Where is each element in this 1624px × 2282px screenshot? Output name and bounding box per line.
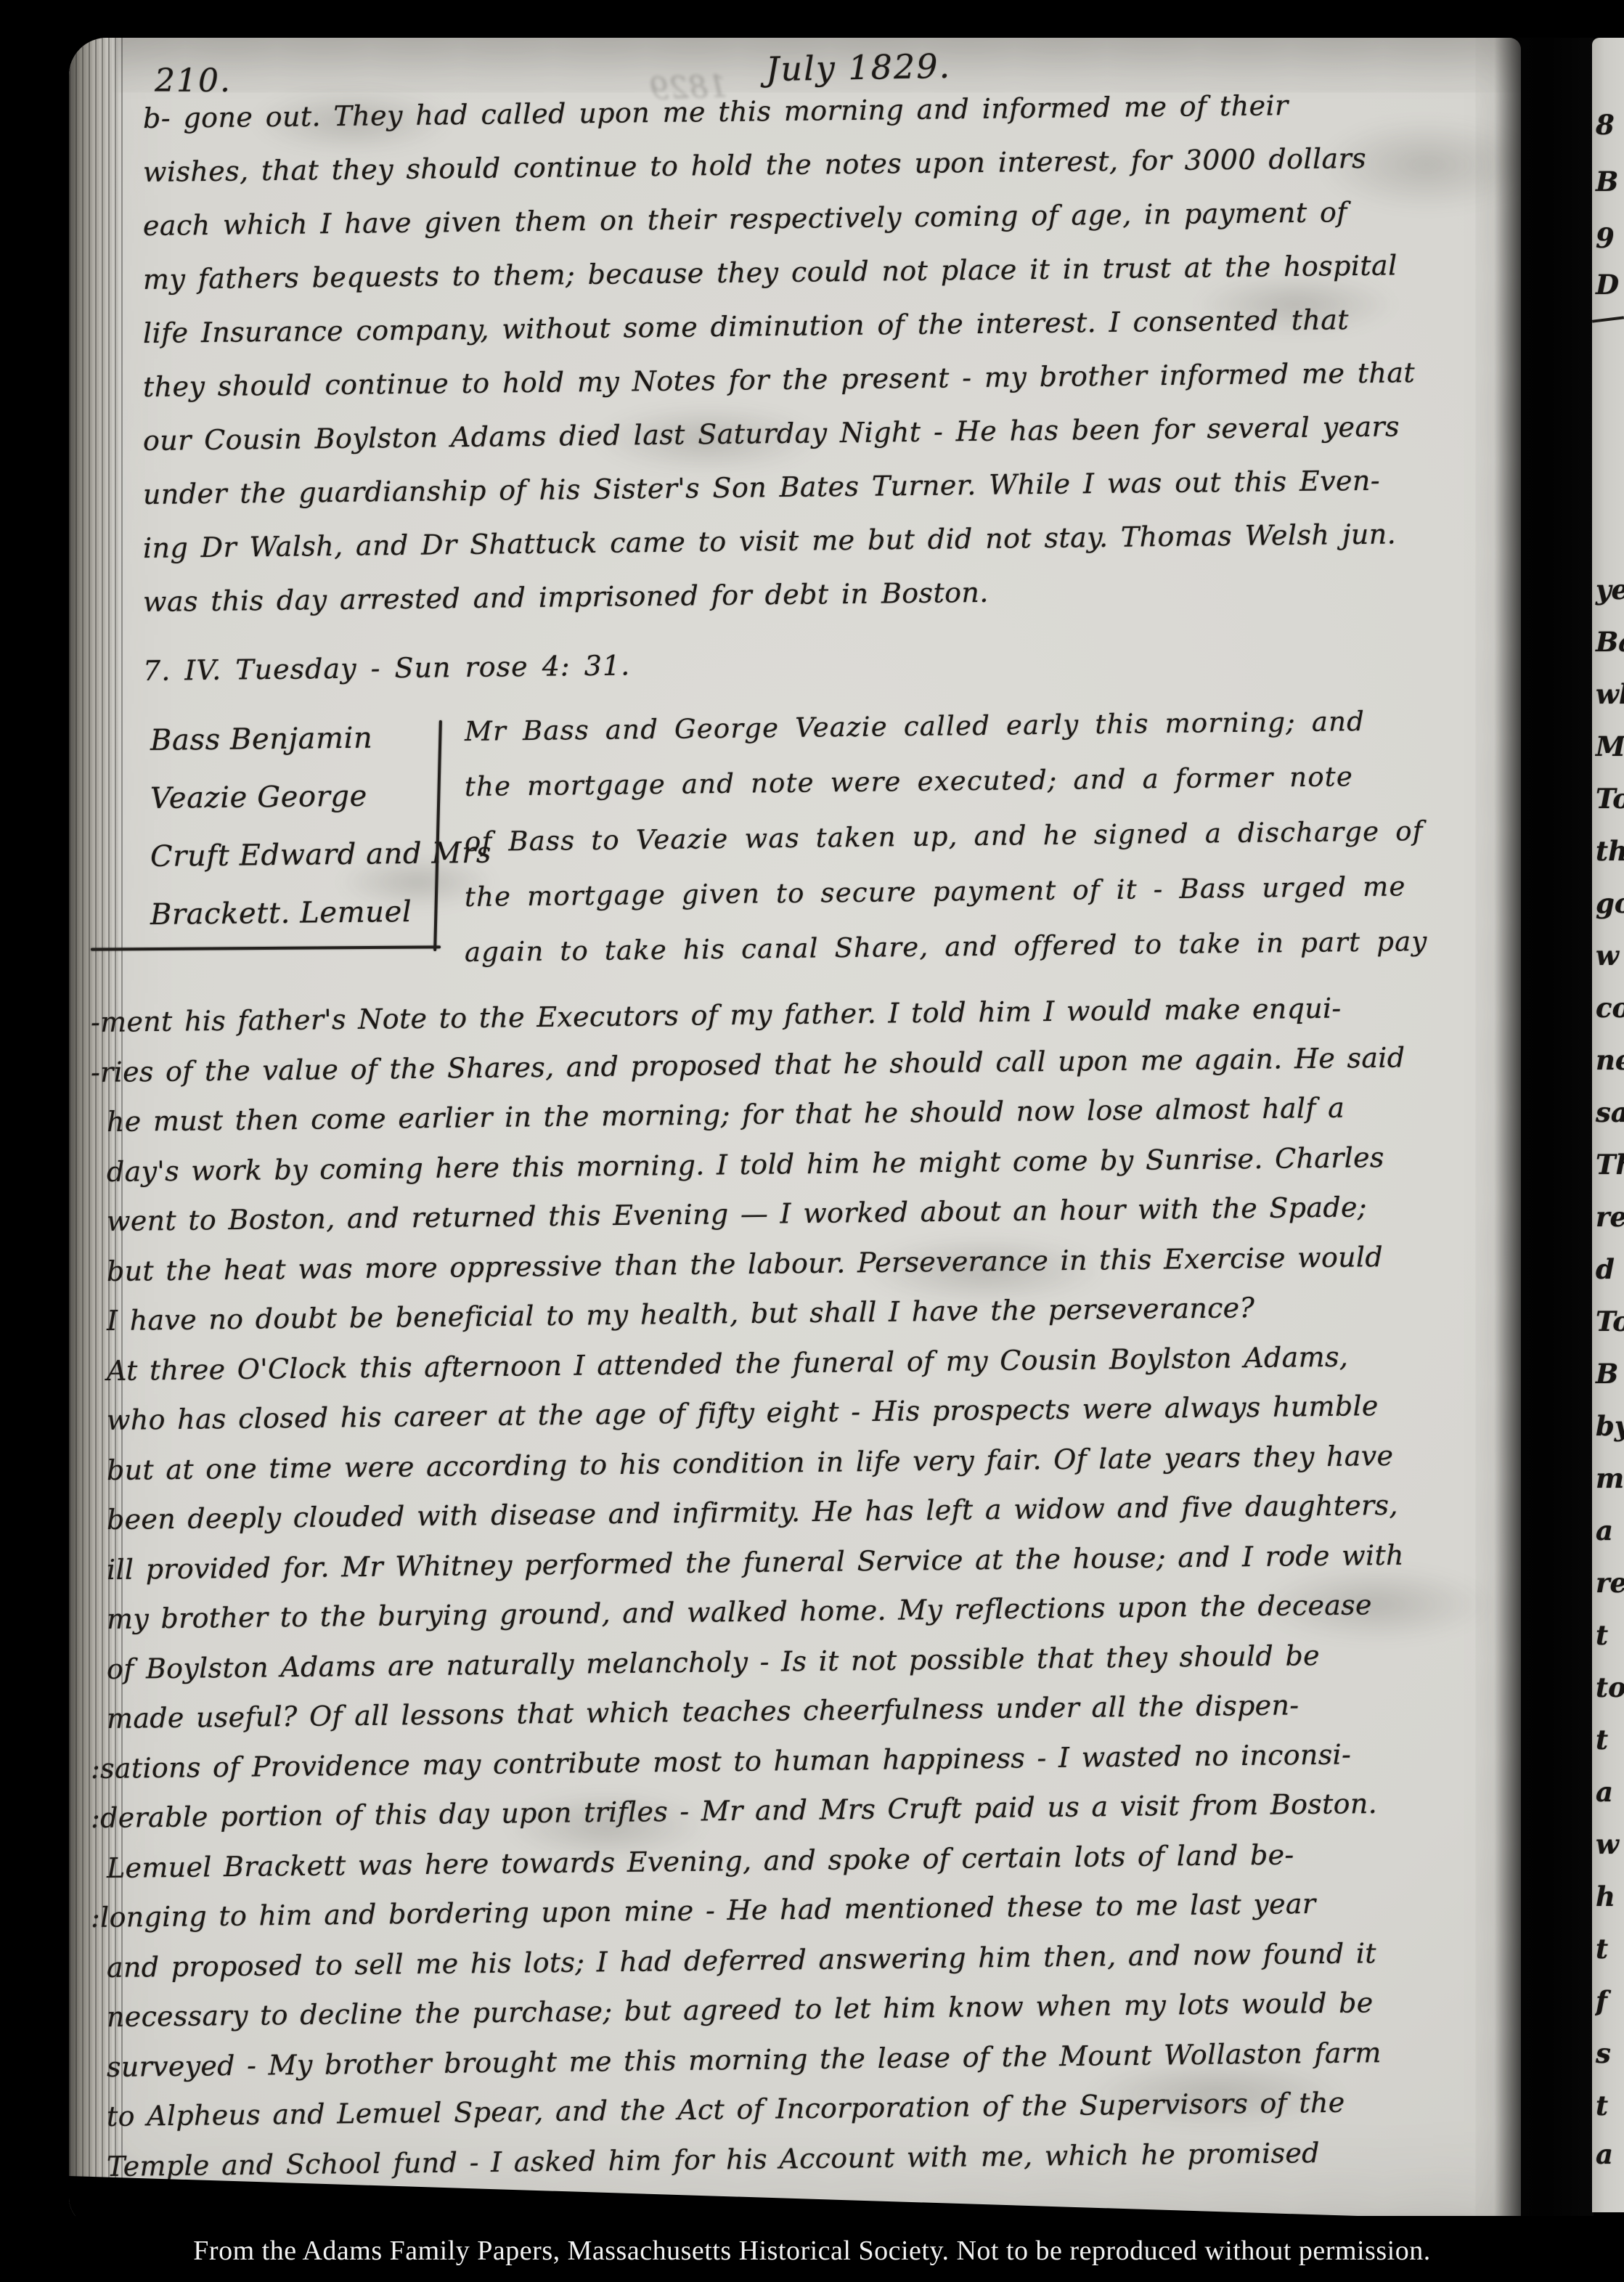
- handwriting-fragment: 9: [1596, 222, 1615, 254]
- handwriting-fragment: To: [1596, 783, 1624, 815]
- handwriting-fragment: sa: [1596, 1096, 1624, 1128]
- margin-name: Brackett. Lemuel: [150, 882, 492, 944]
- handwriting-fragment: a: [1596, 1776, 1613, 1808]
- diary-body: -ment his father's Note to the Executors…: [107, 998, 1405, 2191]
- gutter-shadow: [1494, 38, 1594, 2225]
- facing-page-fragments: 8B9DyeBawhMTothgowconesaThredToBbymarett…: [1595, 0, 1624, 2207]
- handwriting-fragment: B: [1596, 166, 1618, 197]
- handwriting-fragment: t: [1596, 1724, 1608, 1756]
- handwriting-fragment: w: [1596, 1828, 1619, 1860]
- handwriting-fragment: B: [1596, 1358, 1618, 1390]
- handwriting-fragment: t: [1596, 1619, 1608, 1651]
- handwriting-fragment: go: [1596, 887, 1624, 919]
- handwriting-fragment: wh: [1596, 678, 1624, 710]
- handwriting-fragment: re: [1596, 1201, 1624, 1233]
- handwriting-fragment: Th: [1596, 1149, 1624, 1181]
- handwriting-fragment: to: [1596, 1671, 1624, 1703]
- handwriting-fragment: 8: [1596, 109, 1615, 141]
- handwriting-fragment: a: [1596, 2138, 1613, 2170]
- handwriting-fragment: M: [1596, 730, 1624, 762]
- handwriting-fragment: Ba: [1596, 626, 1624, 658]
- diary-paragraph-continuation: b- gone out. They had called upon me thi…: [143, 91, 1415, 629]
- handwriting-fragment: t: [1596, 2090, 1608, 2122]
- margin-name: Cruft Edward and Mrs: [150, 824, 492, 886]
- handwriting-fragment: f: [1596, 1985, 1607, 2017]
- handwriting-fragment: co: [1596, 992, 1624, 1024]
- handwriting-fragment: h: [1596, 1880, 1615, 1912]
- handwriting-fragment: s: [1596, 2037, 1611, 2069]
- handwriting-fragment: ye: [1596, 574, 1624, 606]
- handwriting-fragment: To: [1596, 1305, 1624, 1337]
- manuscript-line: again to take his canal Share, and offer…: [465, 914, 1428, 980]
- handwriting-fragment: re: [1596, 1567, 1624, 1599]
- handwriting-fragment: m: [1596, 1462, 1624, 1494]
- handwriting-fragment: D: [1596, 269, 1619, 301]
- handwriting-fragment: by: [1596, 1410, 1624, 1442]
- margin-rule-horizontal: [91, 945, 441, 950]
- handwriting-fragment: th: [1596, 835, 1624, 867]
- footer-band: From the Adams Family Papers, Massachuse…: [0, 2216, 1624, 2282]
- footer-credit: From the Adams Family Papers, Massachuse…: [0, 2235, 1624, 2267]
- handwriting-fragment: ne: [1596, 1044, 1624, 1076]
- handwriting-fragment: w: [1596, 940, 1619, 971]
- handwriting-fragment: t: [1596, 1933, 1608, 1965]
- handwriting-fragment: d: [1596, 1253, 1615, 1285]
- diary-page: 210. 1829 July 1829. b- gone out. They h…: [69, 38, 1521, 2227]
- entry-date-heading: 7. IV. Tuesday - Sun rose 4: 31.: [143, 649, 631, 687]
- handwriting-fragment: a: [1596, 1515, 1613, 1547]
- entry-opening-lines: Mr Bass and George Veazie called early t…: [465, 704, 1428, 980]
- manuscript-scan: 210. 1829 July 1829. b- gone out. They h…: [0, 0, 1624, 2282]
